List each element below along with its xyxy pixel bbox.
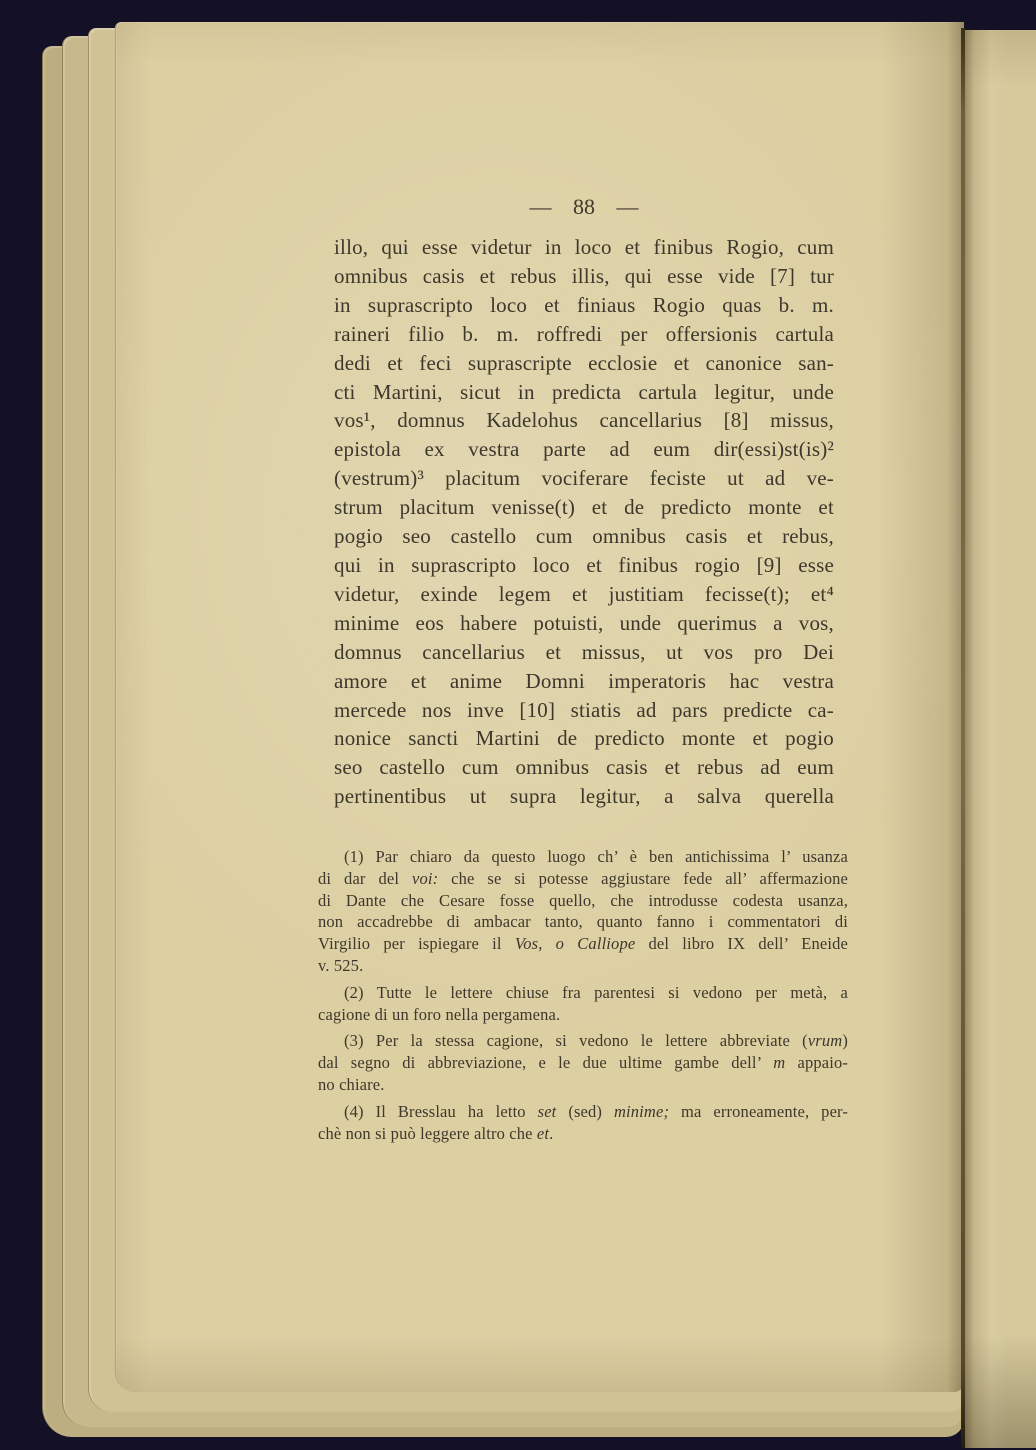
footnotes: (1) Par chiaro da questo luogo ch’ è ben… <box>318 846 848 1149</box>
book-scan: — 88 — illo, qui esse videtur in loco et… <box>0 0 1036 1450</box>
body-line: minime eos habere potuisti, unde querimu… <box>334 609 834 638</box>
body-line: nonice sancti Martini de predicto monte … <box>334 724 834 753</box>
text-column: — 88 — illo, qui esse videtur in loco et… <box>334 194 834 811</box>
footnote-line: (3) Per la stessa cagione, si vedono le … <box>318 1030 848 1052</box>
body-text: illo, qui esse videtur in loco et finibu… <box>334 233 834 811</box>
body-line: in suprascripto loco et finiaus Rogio qu… <box>334 291 834 320</box>
footnote-line: di dar del voi: che se si potesse aggius… <box>318 868 848 890</box>
footnote-line: dal segno di abbreviazione, e le due ult… <box>318 1052 848 1074</box>
footnote-line: cagione di un foro nella pergamena. <box>318 1004 848 1026</box>
footnote-line: (1) Par chiaro da questo luogo ch’ è ben… <box>318 846 848 868</box>
book-page: — 88 — illo, qui esse videtur in loco et… <box>115 22 964 1392</box>
footnote: (3) Per la stessa cagione, si vedono le … <box>318 1030 848 1095</box>
footnote: (2) Tutte le lettere chiuse fra parentes… <box>318 982 848 1026</box>
body-line: videtur, exinde legem et justitiam fecis… <box>334 580 834 609</box>
body-line: cti Martini, sicut in predicta cartula l… <box>334 378 834 407</box>
footnote-line: (4) Il Bresslau ha letto set (sed) minim… <box>318 1101 848 1123</box>
body-line: pogio seo castello cum omnibus casis et … <box>334 522 834 551</box>
footnote-line: Virgilio per ispiegare il Vos, o Calliop… <box>318 933 848 955</box>
footnote-line: non accadrebbe di ambacar tanto, quanto … <box>318 911 848 933</box>
page-number: — 88 — <box>334 194 834 220</box>
body-line: dedi et feci suprascripte ecclosie et ca… <box>334 349 834 378</box>
body-line: qui in suprascripto loco et finibus rogi… <box>334 551 834 580</box>
facing-page-edge <box>965 30 1036 1448</box>
body-line: illo, qui esse videtur in loco et finibu… <box>334 233 834 262</box>
body-line: pertinentibus ut supra legitur, a salva … <box>334 782 834 811</box>
footnote-line: v. 525. <box>318 955 848 977</box>
body-line: (vestrum)³ placitum vociferare feciste u… <box>334 464 834 493</box>
body-line: epistola ex vestra parte ad eum dir(essi… <box>334 435 834 464</box>
body-line: amore et anime Domni imperatoris hac ves… <box>334 667 834 696</box>
footnote-line: no chiare. <box>318 1074 848 1096</box>
footnote: (4) Il Bresslau ha letto set (sed) minim… <box>318 1101 848 1145</box>
footnote-line: (2) Tutte le lettere chiuse fra parentes… <box>318 982 848 1004</box>
body-line: vos¹, domnus Kadelohus cancellarius [8] … <box>334 406 834 435</box>
body-line: strum placitum venisse(t) et de predicto… <box>334 493 834 522</box>
footnote: (1) Par chiaro da questo luogo ch’ è ben… <box>318 846 848 977</box>
body-line: domnus cancellarius et missus, ut vos pr… <box>334 638 834 667</box>
body-line: seo castello cum omnibus casis et rebus … <box>334 753 834 782</box>
footnote-line: chè non si può leggere altro che et. <box>318 1123 848 1145</box>
footnote-line: di Dante che Cesare fosse quello, che in… <box>318 890 848 912</box>
body-line: mercede nos inve [10] stiatis ad pars pr… <box>334 696 834 725</box>
body-line: omnibus casis et rebus illis, qui esse v… <box>334 262 834 291</box>
body-line: raineri filio b. m. roffredi per offersi… <box>334 320 834 349</box>
